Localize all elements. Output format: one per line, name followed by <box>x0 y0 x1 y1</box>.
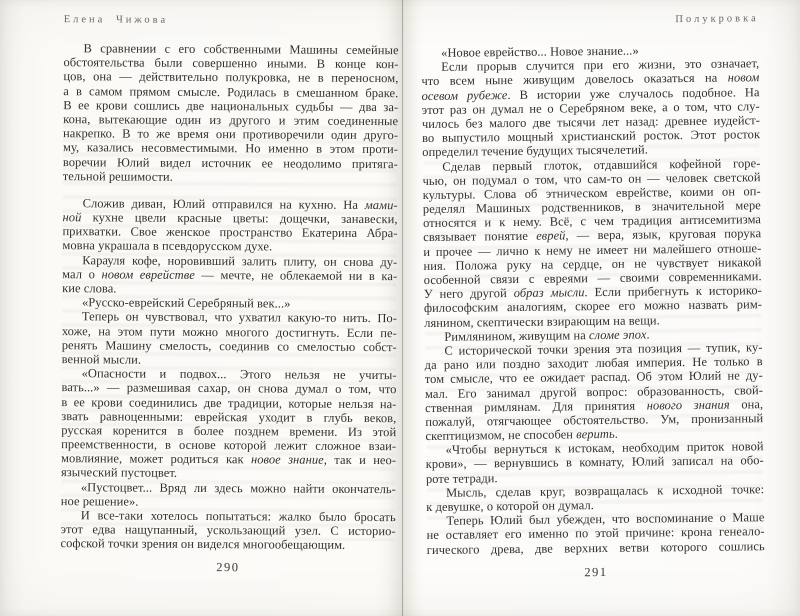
left-page: Елена Чижова В сравнении с его собственн… <box>0 0 405 616</box>
running-header-author: Елена Чижова <box>64 14 399 27</box>
page-number-left: 290 <box>60 559 395 576</box>
running-header-title: Полукровка <box>421 13 759 28</box>
left-page-text: В сравнении с его собственными Машины се… <box>61 41 399 553</box>
page-number-right: 291 <box>427 563 765 582</box>
text-line: софской точки зрения он виделся многообе… <box>61 537 396 553</box>
right-page: Полукровка «Новое еврейство... Новое зна… <box>400 0 800 616</box>
text-line: гического древа, две верхних ветви котор… <box>427 539 765 557</box>
right-page-text: «Новое еврейство... Новое знание...»Если… <box>421 42 765 557</box>
text-line: тельной решимости. <box>63 169 398 185</box>
book-spread: Елена Чижова В сравнении с его собственн… <box>0 0 800 616</box>
